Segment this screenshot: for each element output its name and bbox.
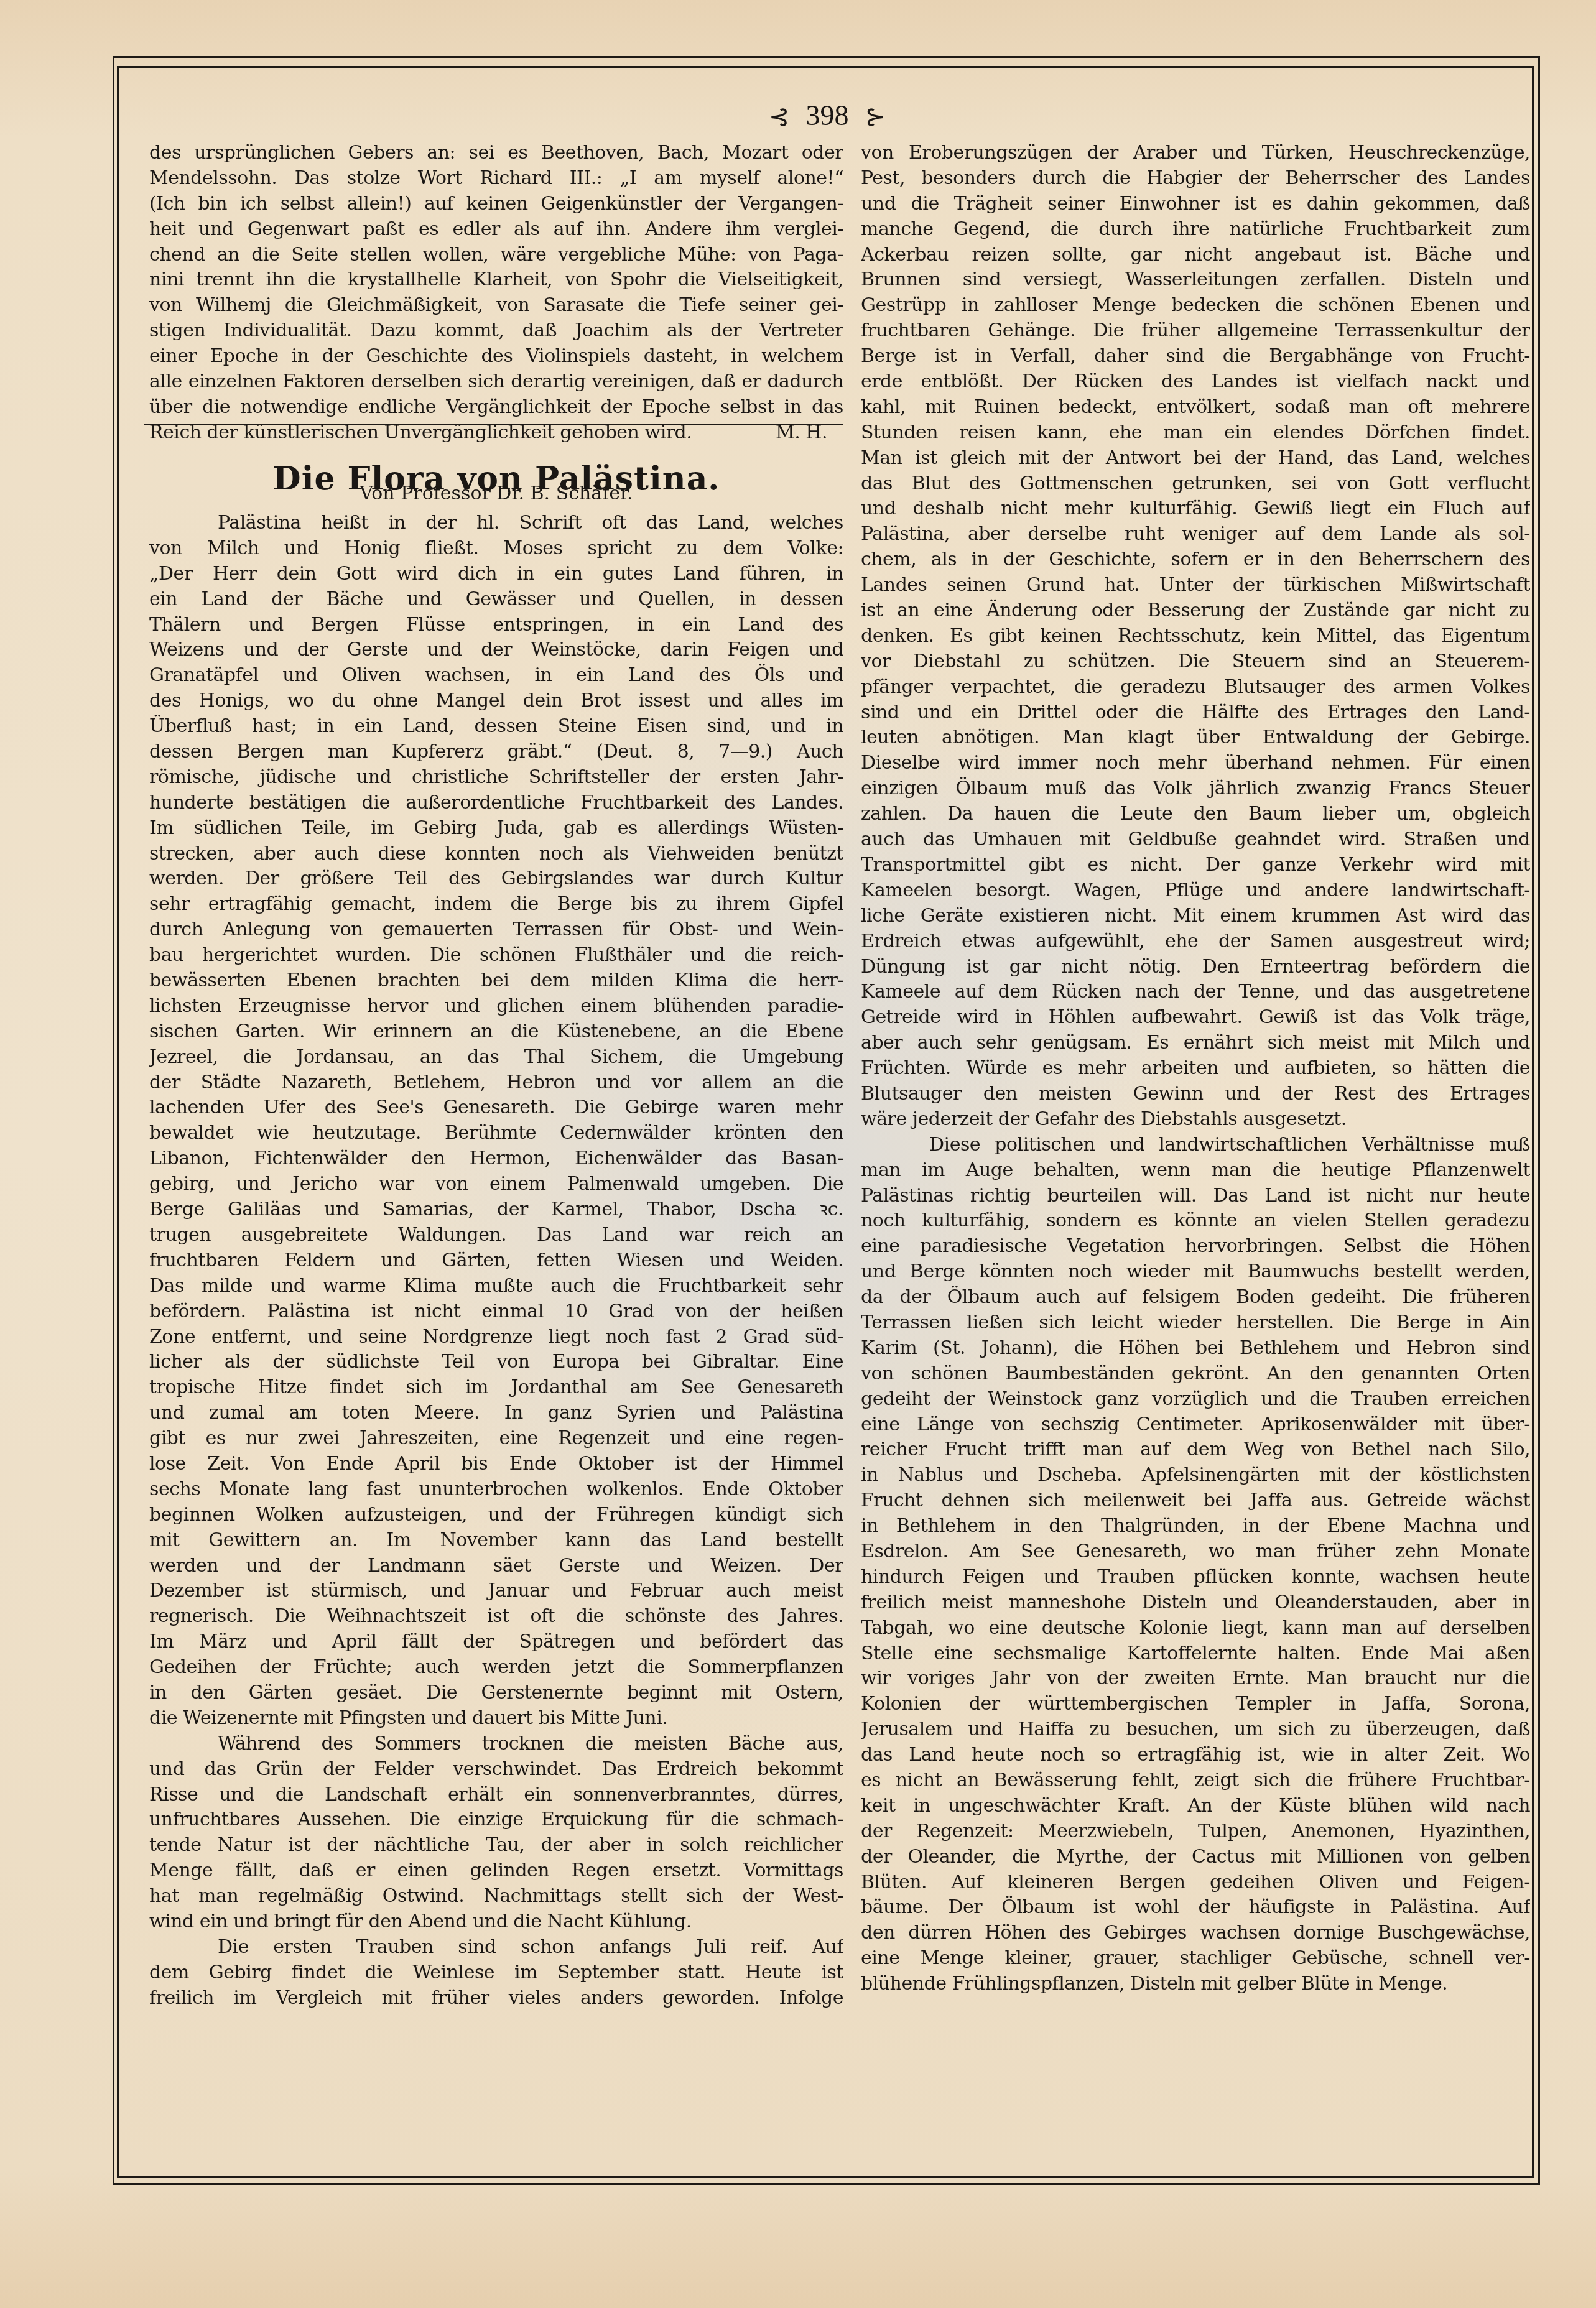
text-line: eine paradiesische Vegetation hervorbrin…: [861, 1234, 1530, 1259]
text-line: lose Zeit. Von Ende April bis Ende Oktob…: [149, 1452, 843, 1477]
text-line: Palästina, aber derselbe ruht weniger au…: [861, 522, 1530, 547]
text-line: Blutsauger den meisten Gewinn und der Re…: [861, 1082, 1530, 1107]
text-line: befördern. Palästina ist nicht einmal 10…: [149, 1299, 843, 1325]
text-line: Stelle eine sechsmalige Kartoffelernte h…: [861, 1641, 1530, 1667]
text-line: des ursprünglichen Gebers an: sei es Bee…: [149, 141, 843, 166]
article-byline: Von Professor Dr. B. Schäfer.: [149, 480, 843, 507]
text-line: vor Diebstahl zu schützen. Die Steuern s…: [861, 649, 1530, 675]
text-line: aber auch sehr genügsam. Es ernährt sich…: [861, 1031, 1530, 1056]
text-line: Esdrelon. Am See Genesareth, wo man früh…: [861, 1539, 1530, 1565]
text-line: regnerisch. Die Weihnachtszeit ist oft d…: [149, 1604, 843, 1629]
text-line: Karim (St. Johann), die Höhen bei Bethle…: [861, 1336, 1530, 1361]
text-line: chend an die Seite stellen wollen, wäre …: [149, 243, 843, 268]
text-line: der Regenzeit: Meerzwiebeln, Tulpen, Ane…: [861, 1819, 1530, 1845]
text-line: Ackerbau reizen sollte, gar nicht angeba…: [861, 243, 1530, 268]
text-line: tropische Hitze findet sich im Jordantha…: [149, 1375, 843, 1401]
text-line: liche Geräte existieren nicht. Mit einem…: [861, 904, 1530, 929]
text-line: die Weizenernte mit Pfingsten und dauert…: [149, 1706, 843, 1731]
text-line: sechs Monate lang fast ununterbrochen wo…: [149, 1477, 843, 1503]
text-line: pfänger verpachtet, die geradezu Blutsau…: [861, 675, 1530, 700]
text-line: alle einzelnen Faktoren derselben sich d…: [149, 369, 843, 395]
paragraph-start-line: Diese politischen und landwirtschaftlich…: [861, 1133, 1530, 1158]
text-line: Stunden reisen kann, ehe man ein elendes…: [861, 420, 1530, 446]
text-line: in Bethlehem in den Thalgründen, in der …: [861, 1514, 1530, 1539]
page-number: 398: [806, 100, 849, 131]
text-line: da der Ölbaum auch auf felsigem Boden ge…: [861, 1285, 1530, 1310]
article-right-column: von Eroberungszügen der Araber und Türke…: [861, 141, 1530, 1997]
text-line: Überfluß hast; in ein Land, dessen Stein…: [149, 714, 843, 739]
text-line: Dieselbe wird immer noch mehr überhand n…: [861, 751, 1530, 776]
text-line: keit in ungeschwächter Kraft. An der Küs…: [861, 1794, 1530, 1819]
text-line: kahl, mit Ruinen bedeckt, entvölkert, so…: [861, 395, 1530, 420]
text-line: römische, jüdische und christliche Schri…: [149, 765, 843, 790]
paragraph-start-line: Während des Sommers trocknen die meisten…: [149, 1731, 843, 1757]
text-line: strecken, aber auch diese konnten noch a…: [149, 841, 843, 867]
text-line: reicher Frucht trifft man auf dem Weg vo…: [861, 1437, 1530, 1463]
page-header: ⊰398⊱: [734, 98, 921, 134]
text-line: licher als der südlichste Teil von Europ…: [149, 1350, 843, 1375]
text-line: das Blut des Gottmenschen getrunken, sei…: [861, 471, 1530, 497]
text-line: werden und der Landmann säet Gerste und …: [149, 1554, 843, 1579]
ornament-right-icon: ⊱: [865, 100, 886, 134]
text-line: hunderte bestätigen die außerordentliche…: [149, 790, 843, 816]
previous-article-ending: des ursprünglichen Gebers an: sei es Bee…: [149, 141, 843, 446]
text-line: sehr ertragfähig gemacht, indem die Berg…: [149, 892, 843, 917]
text-line: dem Gebirg findet die Weinlese im Septem…: [149, 1960, 843, 1986]
text-line: denken. Es gibt keinen Rechtsschutz, kei…: [861, 624, 1530, 649]
text-line: freilich im Vergleich mit früher vieles …: [149, 1986, 843, 2011]
text-line: Man ist gleich mit der Antwort bei der H…: [861, 446, 1530, 471]
text-line: werden. Der größere Teil des Gebirgsland…: [149, 866, 843, 892]
text-line: manche Gegend, die durch ihre natürliche…: [861, 217, 1530, 243]
text-line: Blüten. Auf kleineren Bergen gedeihen Ol…: [861, 1870, 1530, 1896]
text-line: blühende Frühlingspflanzen, Disteln mit …: [861, 1972, 1530, 1997]
text-line: Menge fällt, daß er einen gelinden Regen…: [149, 1858, 843, 1884]
text-line: Gedeihen der Früchte; auch werden jetzt …: [149, 1655, 843, 1680]
text-line: Mendelssohn. Das stolze Wort Richard III…: [149, 166, 843, 192]
text-line: in den Gärten gesäet. Die Gerstenernte b…: [149, 1680, 843, 1706]
text-line: und das Grün der Felder verschwindet. Da…: [149, 1757, 843, 1782]
text-line: einzigen Ölbaum muß das Volk jährlich zw…: [861, 776, 1530, 802]
text-line: bewässerten Ebenen brachten bei dem mild…: [149, 968, 843, 994]
text-line: Risse und die Landschaft erhält ein sonn…: [149, 1782, 843, 1808]
text-line: hat man regelmäßig Ostwind. Nachmittags …: [149, 1884, 843, 1909]
text-line: Weizens und der Gerste und der Weinstöck…: [149, 637, 843, 663]
text-line: Dezember ist stürmisch, und Januar und F…: [149, 1578, 843, 1604]
text-line: ist an eine Änderung oder Besserung der …: [861, 598, 1530, 624]
text-line: mit Gewittern an. Im November kann das L…: [149, 1528, 843, 1554]
text-line: unfruchtbares Aussehen. Die einzige Erqu…: [149, 1807, 843, 1833]
text-line: Kolonien der württembergischen Templer i…: [861, 1692, 1530, 1717]
text-line: wir voriges Jahr von der zweiten Ernte. …: [861, 1666, 1530, 1692]
text-line: fruchtbaren Gehänge. Die früher allgemei…: [861, 318, 1530, 344]
text-line: (Ich bin ich selbst allein!) auf keinen …: [149, 192, 843, 217]
text-line: von schönen Baumbeständen gekrönt. An de…: [861, 1361, 1530, 1387]
text-line: trugen ausgebreitete Waldungen. Das Land…: [149, 1223, 843, 1248]
text-line: nini trennt ihn die krystallhelle Klarhe…: [149, 267, 843, 293]
text-line: wäre jederzeit der Gefahr des Diebstahls…: [861, 1107, 1530, 1133]
text-line: Kameele auf dem Rücken nach der Tenne, u…: [861, 980, 1530, 1005]
text-line: Das milde und warme Klima mußte auch die…: [149, 1274, 843, 1299]
text-line: in Nablus und Dscheba. Apfelsinengärten …: [861, 1463, 1530, 1488]
text-line: Im südlichen Teile, im Gebirg Juda, gab …: [149, 816, 843, 841]
text-line: dessen Bergen man Kupfererz gräbt.“ (Deu…: [149, 739, 843, 765]
text-line: freilich meist manneshohe Disteln und Ol…: [861, 1590, 1530, 1616]
text-line: Palästinas richtig beurteilen will. Das …: [861, 1184, 1530, 1209]
text-line: stigen Individualität. Dazu kommt, daß J…: [149, 318, 843, 344]
text-line: Berge ist in Verfall, daher sind die Ber…: [861, 344, 1530, 369]
text-line: Pest, besonders durch die Habgier der Be…: [861, 166, 1530, 192]
text-line: zahlen. Da hauen die Leute den Baum lieb…: [861, 802, 1530, 827]
section-divider: [144, 424, 843, 425]
text-line: der Oleander, die Myrthe, der Cactus mit…: [861, 1845, 1530, 1870]
text-line: Libanon, Fichtenwälder den Hermon, Eiche…: [149, 1146, 843, 1172]
text-line: und deshalb nicht mehr kulturfähig. Gewi…: [861, 496, 1530, 522]
text-line: tende Natur ist der nächtliche Tau, der …: [149, 1833, 843, 1858]
text-line: chem, als in der Geschichte, sofern er i…: [861, 547, 1530, 573]
text-line: sischen Garten. Wir erinnern an die Küst…: [149, 1019, 843, 1045]
text-line: Kameelen besorgt. Wagen, Pflüge und ande…: [861, 878, 1530, 904]
text-line: Düngung ist gar nicht nötig. Den Ernteer…: [861, 955, 1530, 980]
text-line: bau hergerichtet wurden. Die schönen Flu…: [149, 943, 843, 968]
text-line: Erdreich etwas aufgewühlt, ehe der Samen…: [861, 929, 1530, 955]
text-line: sind und ein Drittel oder die Hälfte des…: [861, 700, 1530, 726]
text-line: leuten abnötigen. Man klagt über Entwald…: [861, 725, 1530, 751]
text-line: eine Menge kleiner, grauer, stachliger G…: [861, 1946, 1530, 1972]
text-line: Im März und April fällt der Spätregen un…: [149, 1629, 843, 1655]
text-line: bäume. Der Ölbaum ist wohl der häufigste…: [861, 1895, 1530, 1921]
text-line: Transportmittel gibt es nicht. Der ganze…: [861, 853, 1530, 878]
text-line: gebirg, und Jericho war von einem Palmen…: [149, 1172, 843, 1197]
text-line: über die notwendige endliche Vergänglich…: [149, 395, 843, 420]
text-line: von Eroberungszügen der Araber und Türke…: [861, 141, 1530, 166]
text-line: erde entblößt. Der Rücken des Landes ist…: [861, 369, 1530, 395]
text-line: man im Auge behalten, wenn man die heuti…: [861, 1158, 1530, 1184]
text-line: durch Anlegung von gemauerten Terrassen …: [149, 917, 843, 943]
text-line: den dürren Höhen des Gebirges wachsen do…: [861, 1921, 1530, 1946]
text-line: Berge Galiläas und Samarias, der Karmel,…: [149, 1197, 843, 1223]
text-line: ein Land der Bäche und Gewässer und Quel…: [149, 587, 843, 613]
text-line: das Land heute noch so ertragfähig ist, …: [861, 1743, 1530, 1768]
text-line: und die Trägheit seiner Einwohner ist es…: [861, 192, 1530, 217]
text-line: des Honigs, wo du ohne Mangel dein Brot …: [149, 688, 843, 714]
text-line: von Milch und Honig fließt. Moses sprich…: [149, 536, 843, 562]
text-line: Getreide wird in Höhlen aufbewahrt. Gewi…: [861, 1005, 1530, 1031]
text-line: Terrassen ließen sich leicht wieder hers…: [861, 1310, 1530, 1336]
text-line: lichsten Erzeugnisse hervor und glichen …: [149, 994, 843, 1019]
text-line: noch kulturfähig, sondern es könnte an v…: [861, 1208, 1530, 1234]
text-line: der Städte Nazareth, Betlehem, Hebron un…: [149, 1070, 843, 1096]
text-line: einer Epoche in der Geschichte des Violi…: [149, 344, 843, 369]
text-line: Jezreel, die Jordansau, an das Thal Sich…: [149, 1045, 843, 1070]
text-line: Früchten. Würde es mehr arbeiten und auf…: [861, 1056, 1530, 1082]
text-line: Granatäpfel und Oliven wachsen, in ein L…: [149, 663, 843, 688]
text-line: Thälern und Bergen Flüsse entspringen, i…: [149, 613, 843, 638]
text-line: Tabgah, wo eine deutsche Kolonie liegt, …: [861, 1616, 1530, 1641]
text-line: auch das Umhauen mit Geldbuße geahndet w…: [861, 827, 1530, 853]
text-line: lachenden Ufer des See's Genesareth. Die…: [149, 1095, 843, 1121]
text-line: und zumal am toten Meere. In ganz Syrien…: [149, 1401, 843, 1426]
text-line: beginnen Wolken aufzusteigen, und der Fr…: [149, 1503, 843, 1528]
paragraph-start-line: Die ersten Trauben sind schon anfangs Ju…: [149, 1935, 843, 1960]
text-line: es nicht an Bewässerung fehlt, zeigt sic…: [861, 1768, 1530, 1794]
paragraph-start-line: Palästina heißt in der hl. Schrift oft d…: [149, 511, 843, 536]
text-line: Frucht dehnen sich meilenweit bei Jaffa …: [861, 1488, 1530, 1514]
article-left-column: Palästina heißt in der hl. Schrift oft d…: [149, 511, 843, 2011]
text-line: hindurch Feigen und Trauben pflücken kon…: [861, 1565, 1530, 1590]
text-line: bewaldet wie heutzutage. Berühmte Cedern…: [149, 1121, 843, 1146]
text-line: Zone entfernt, und seine Nordgrenze lieg…: [149, 1325, 843, 1350]
text-line: wind ein und bringt für den Abend und di…: [149, 1909, 843, 1935]
text-line: Brunnen sind versiegt, Wasserleitungen z…: [861, 267, 1530, 293]
text-line: heit und Gegenwart paßt es edler als auf…: [149, 217, 843, 243]
text-line: fruchtbaren Feldern und Gärten, fetten W…: [149, 1248, 843, 1274]
text-line: und Berge könnten noch wieder mit Baumwu…: [861, 1259, 1530, 1285]
text-line: eine Länge von sechszig Centimeter. Apri…: [861, 1412, 1530, 1438]
text-line: gedeiht der Weinstock ganz vorzüglich un…: [861, 1387, 1530, 1412]
text-line: „Der Herr dein Gott wird dich in ein gut…: [149, 562, 843, 587]
ornament-left-icon: ⊰: [769, 100, 790, 134]
text-line: Gestrüpp in zahlloser Menge bedecken die…: [861, 293, 1530, 318]
text-line: von Wilhemj die Gleichmäßigkeit, von Sar…: [149, 293, 843, 318]
text-line: gibt es nur zwei Jahreszeiten, eine Rege…: [149, 1426, 843, 1452]
text-line: Landes seinen Grund hat. Unter der türki…: [861, 573, 1530, 598]
text-line: Jerusalem und Haiffa zu besuchen, um sic…: [861, 1717, 1530, 1743]
